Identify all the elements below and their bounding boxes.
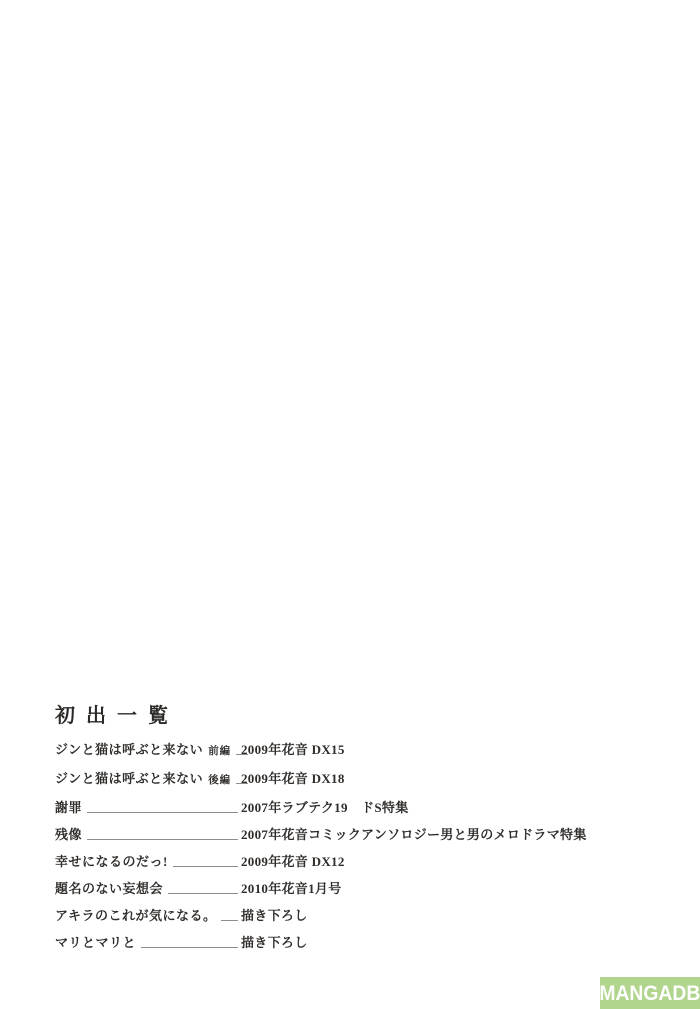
entry-title: ジンと猫は呼ぶと来ない <box>55 742 203 758</box>
entry-source: 2009年花音 DX15 <box>241 742 345 758</box>
entry-source: 2009年花音 DX18 <box>241 771 345 787</box>
entry-title: マリとマリと <box>55 935 136 951</box>
entry-left: 謝罪 <box>55 800 241 816</box>
entry-title: 幸せになるのだっ! <box>55 854 168 870</box>
entry-source: 2009年花音 DX12 <box>241 854 345 870</box>
entry-source: 描き下ろし <box>241 908 308 924</box>
credits-entry: アキラのこれが気になる。 描き下ろし <box>55 908 655 924</box>
entry-source: 描き下ろし <box>241 935 308 951</box>
entry-left: 幸せになるのだっ! <box>55 854 241 870</box>
underline-rule <box>173 866 238 867</box>
entry-source: 2007年ラブテク19 ドS特集 <box>241 800 409 816</box>
credits-entry: 幸せになるのだっ! 2009年花音 DX12 <box>55 854 655 870</box>
underline-rule <box>87 812 238 813</box>
underline-rule <box>221 920 238 921</box>
entry-title: ジンと猫は呼ぶと来ない <box>55 771 203 787</box>
credits-entry: 題名のない妄想会 2010年花音1月号 <box>55 881 655 897</box>
entry-source: 2007年花音コミックアンソロジー男と男のメロドラマ特集 <box>241 827 587 843</box>
credits-section: 初出一覧 ジンと猫は呼ぶと来ない 前編 2009年花音 DX15 ジンと猫は呼ぶ… <box>55 704 655 962</box>
entry-title: 謝罪 <box>55 800 82 816</box>
credits-entry: マリとマリと 描き下ろし <box>55 935 655 951</box>
entry-left: 題名のない妄想会 <box>55 881 241 897</box>
entry-subtitle: 後編 <box>208 773 231 789</box>
underline-rule <box>236 754 248 755</box>
entry-title: 残像 <box>55 827 82 843</box>
entry-left: 残像 <box>55 827 241 843</box>
entry-left: マリとマリと <box>55 935 241 951</box>
credits-entry: ジンと猫は呼ぶと来ない 前編 2009年花音 DX15 <box>55 742 655 760</box>
entry-source: 2010年花音1月号 <box>241 881 342 897</box>
manga-page: 初出一覧 ジンと猫は呼ぶと来ない 前編 2009年花音 DX15 ジンと猫は呼ぶ… <box>0 0 700 1009</box>
entry-title: アキラのこれが気になる。 <box>55 908 216 924</box>
underline-rule <box>141 947 238 948</box>
credits-heading: 初出一覧 <box>55 704 655 728</box>
entry-title: 題名のない妄想会 <box>55 881 163 897</box>
entry-subtitle: 前編 <box>208 744 231 760</box>
entry-left: ジンと猫は呼ぶと来ない 前編 <box>55 742 241 760</box>
entry-left: アキラのこれが気になる。 <box>55 908 241 924</box>
credits-entry: 残像 2007年花音コミックアンソロジー男と男のメロドラマ特集 <box>55 827 655 843</box>
credits-entry: ジンと猫は呼ぶと来ない 後編 2009年花音 DX18 <box>55 771 655 789</box>
underline-rule <box>168 893 238 894</box>
credits-entry: 謝罪 2007年ラブテク19 ドS特集 <box>55 800 655 816</box>
underline-rule <box>87 839 238 840</box>
watermark-label: MANGADB <box>600 983 700 1004</box>
underline-rule <box>236 783 248 784</box>
mangadb-watermark: MANGADB <box>600 977 700 1009</box>
entry-left: ジンと猫は呼ぶと来ない 後編 <box>55 771 241 789</box>
